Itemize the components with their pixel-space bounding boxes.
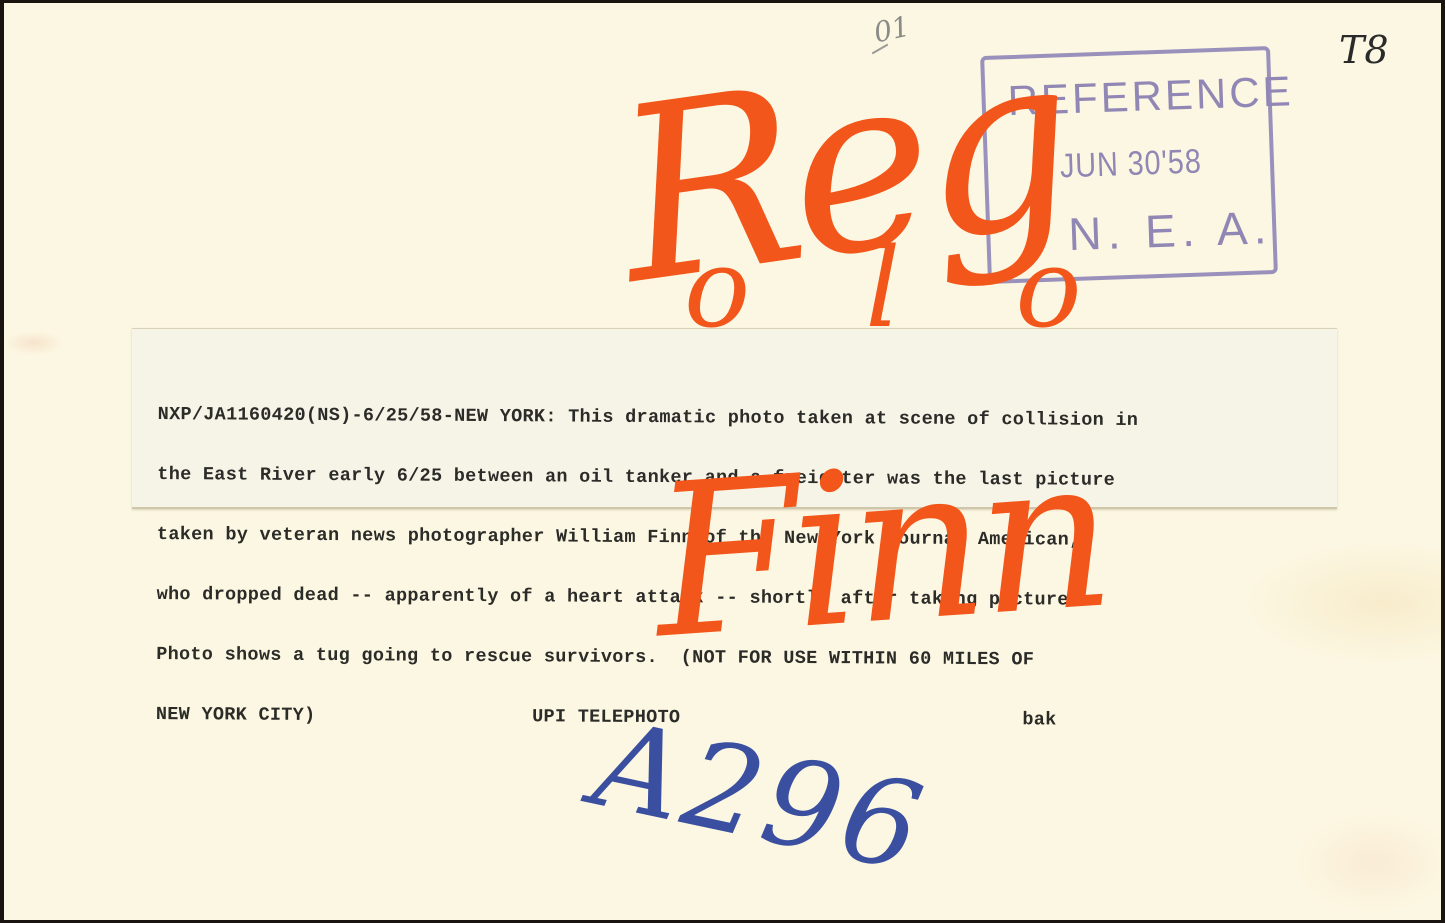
- corner-handwritten-mark: T8: [1339, 28, 1389, 72]
- crayon-annotation-middle: o l o: [684, 233, 1122, 343]
- crayon-annotation-bottom: Finn: [647, 428, 1112, 669]
- stamp-date: JUN 30'58: [1059, 142, 1202, 186]
- photo-back-paper: 01 T8 REFERENCE JUN 30'58 N. E. A. Reg o…: [4, 3, 1441, 920]
